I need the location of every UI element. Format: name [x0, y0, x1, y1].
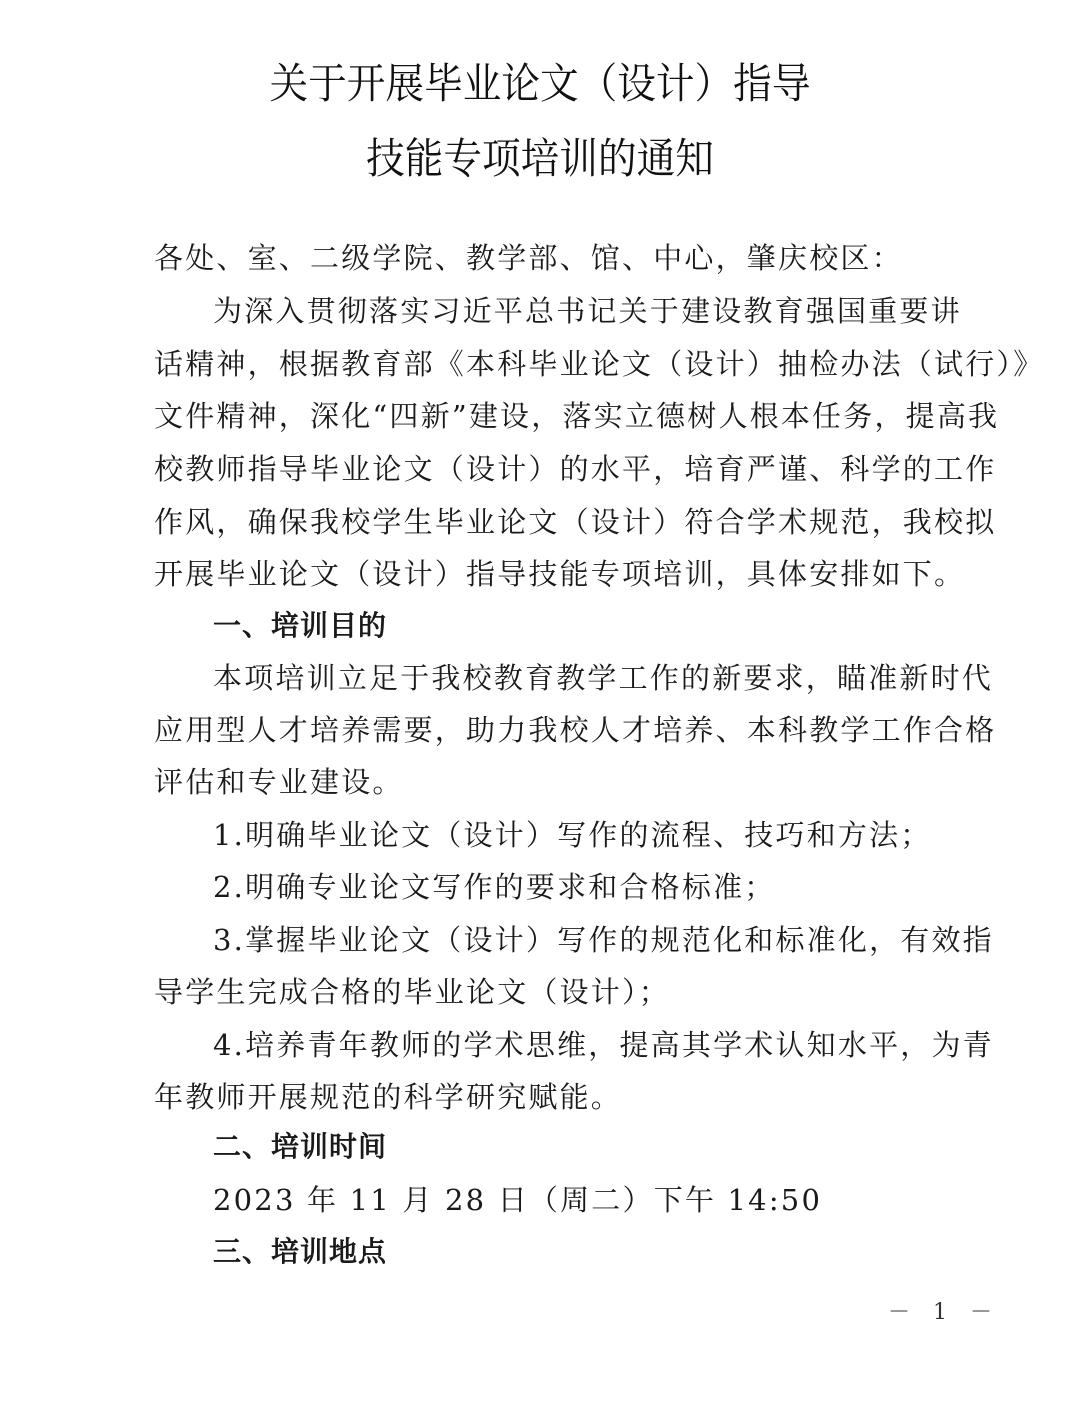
purpose-item-1: 1.明确毕业论文（设计）写作的流程、技巧和方法；	[213, 821, 1023, 850]
section-heading-time: 二、培训时间	[213, 1133, 1023, 1161]
intro-line-2: 话精神，根据教育部《本科毕业论文（设计）抽检办法（试行）》	[154, 350, 964, 379]
training-time: 2023 年 11 月 28 日（周二）下午 14:50	[213, 1186, 1023, 1215]
section-heading-location: 三、培训地点	[213, 1238, 1023, 1266]
purpose-item-4-line-2: 年教师开展规范的科学研究赋能。	[154, 1083, 964, 1112]
page-number: － 1 －	[888, 1295, 1000, 1326]
document-title-line-2: 技能专项培训的通知	[43, 138, 1037, 180]
purpose-item-3-line-1: 3.掌握毕业论文（设计）写作的规范化和标准化，有效指	[213, 926, 1023, 955]
intro-line-3: 文件精神，深化“四新”建设，落实立德树人根本任务，提高我	[154, 402, 964, 431]
addressee: 各处、室、二级学院、教学部、馆、中心，肇庆校区：	[154, 244, 964, 273]
intro-line-6: 开展毕业论文（设计）指导技能专项培训，具体安排如下。	[154, 560, 964, 589]
document-title-line-1: 关于开展毕业论文（设计）指导	[43, 63, 1037, 105]
intro-line-1: 为深入贯彻落实习近平总书记关于建设教育强国重要讲	[213, 297, 1023, 326]
purpose-line-3: 评估和专业建设。	[154, 768, 964, 797]
intro-line-5: 作风，确保我校学生毕业论文（设计）符合学术规范，我校拟	[154, 508, 964, 537]
purpose-item-4-line-1: 4.培养青年教师的学术思维，提高其学术认知水平，为青	[213, 1031, 1023, 1060]
document-page: 关于开展毕业论文（设计）指导 技能专项培训的通知 各处、室、二级学院、教学部、馆…	[0, 0, 1080, 1406]
section-heading-purpose: 一、培训目的	[213, 612, 1023, 640]
purpose-item-3-line-2: 导学生完成合格的毕业论文（设计）；	[154, 978, 964, 1007]
purpose-line-1: 本项培训立足于我校教育教学工作的新要求，瞄准新时代	[213, 664, 1023, 693]
purpose-item-2: 2.明确专业论文写作的要求和合格标准；	[213, 873, 1023, 902]
intro-line-4: 校教师指导毕业论文（设计）的水平，培育严谨、科学的工作	[154, 455, 964, 484]
purpose-line-2: 应用型人才培养需要，助力我校人才培养、本科教学工作合格	[154, 716, 964, 745]
